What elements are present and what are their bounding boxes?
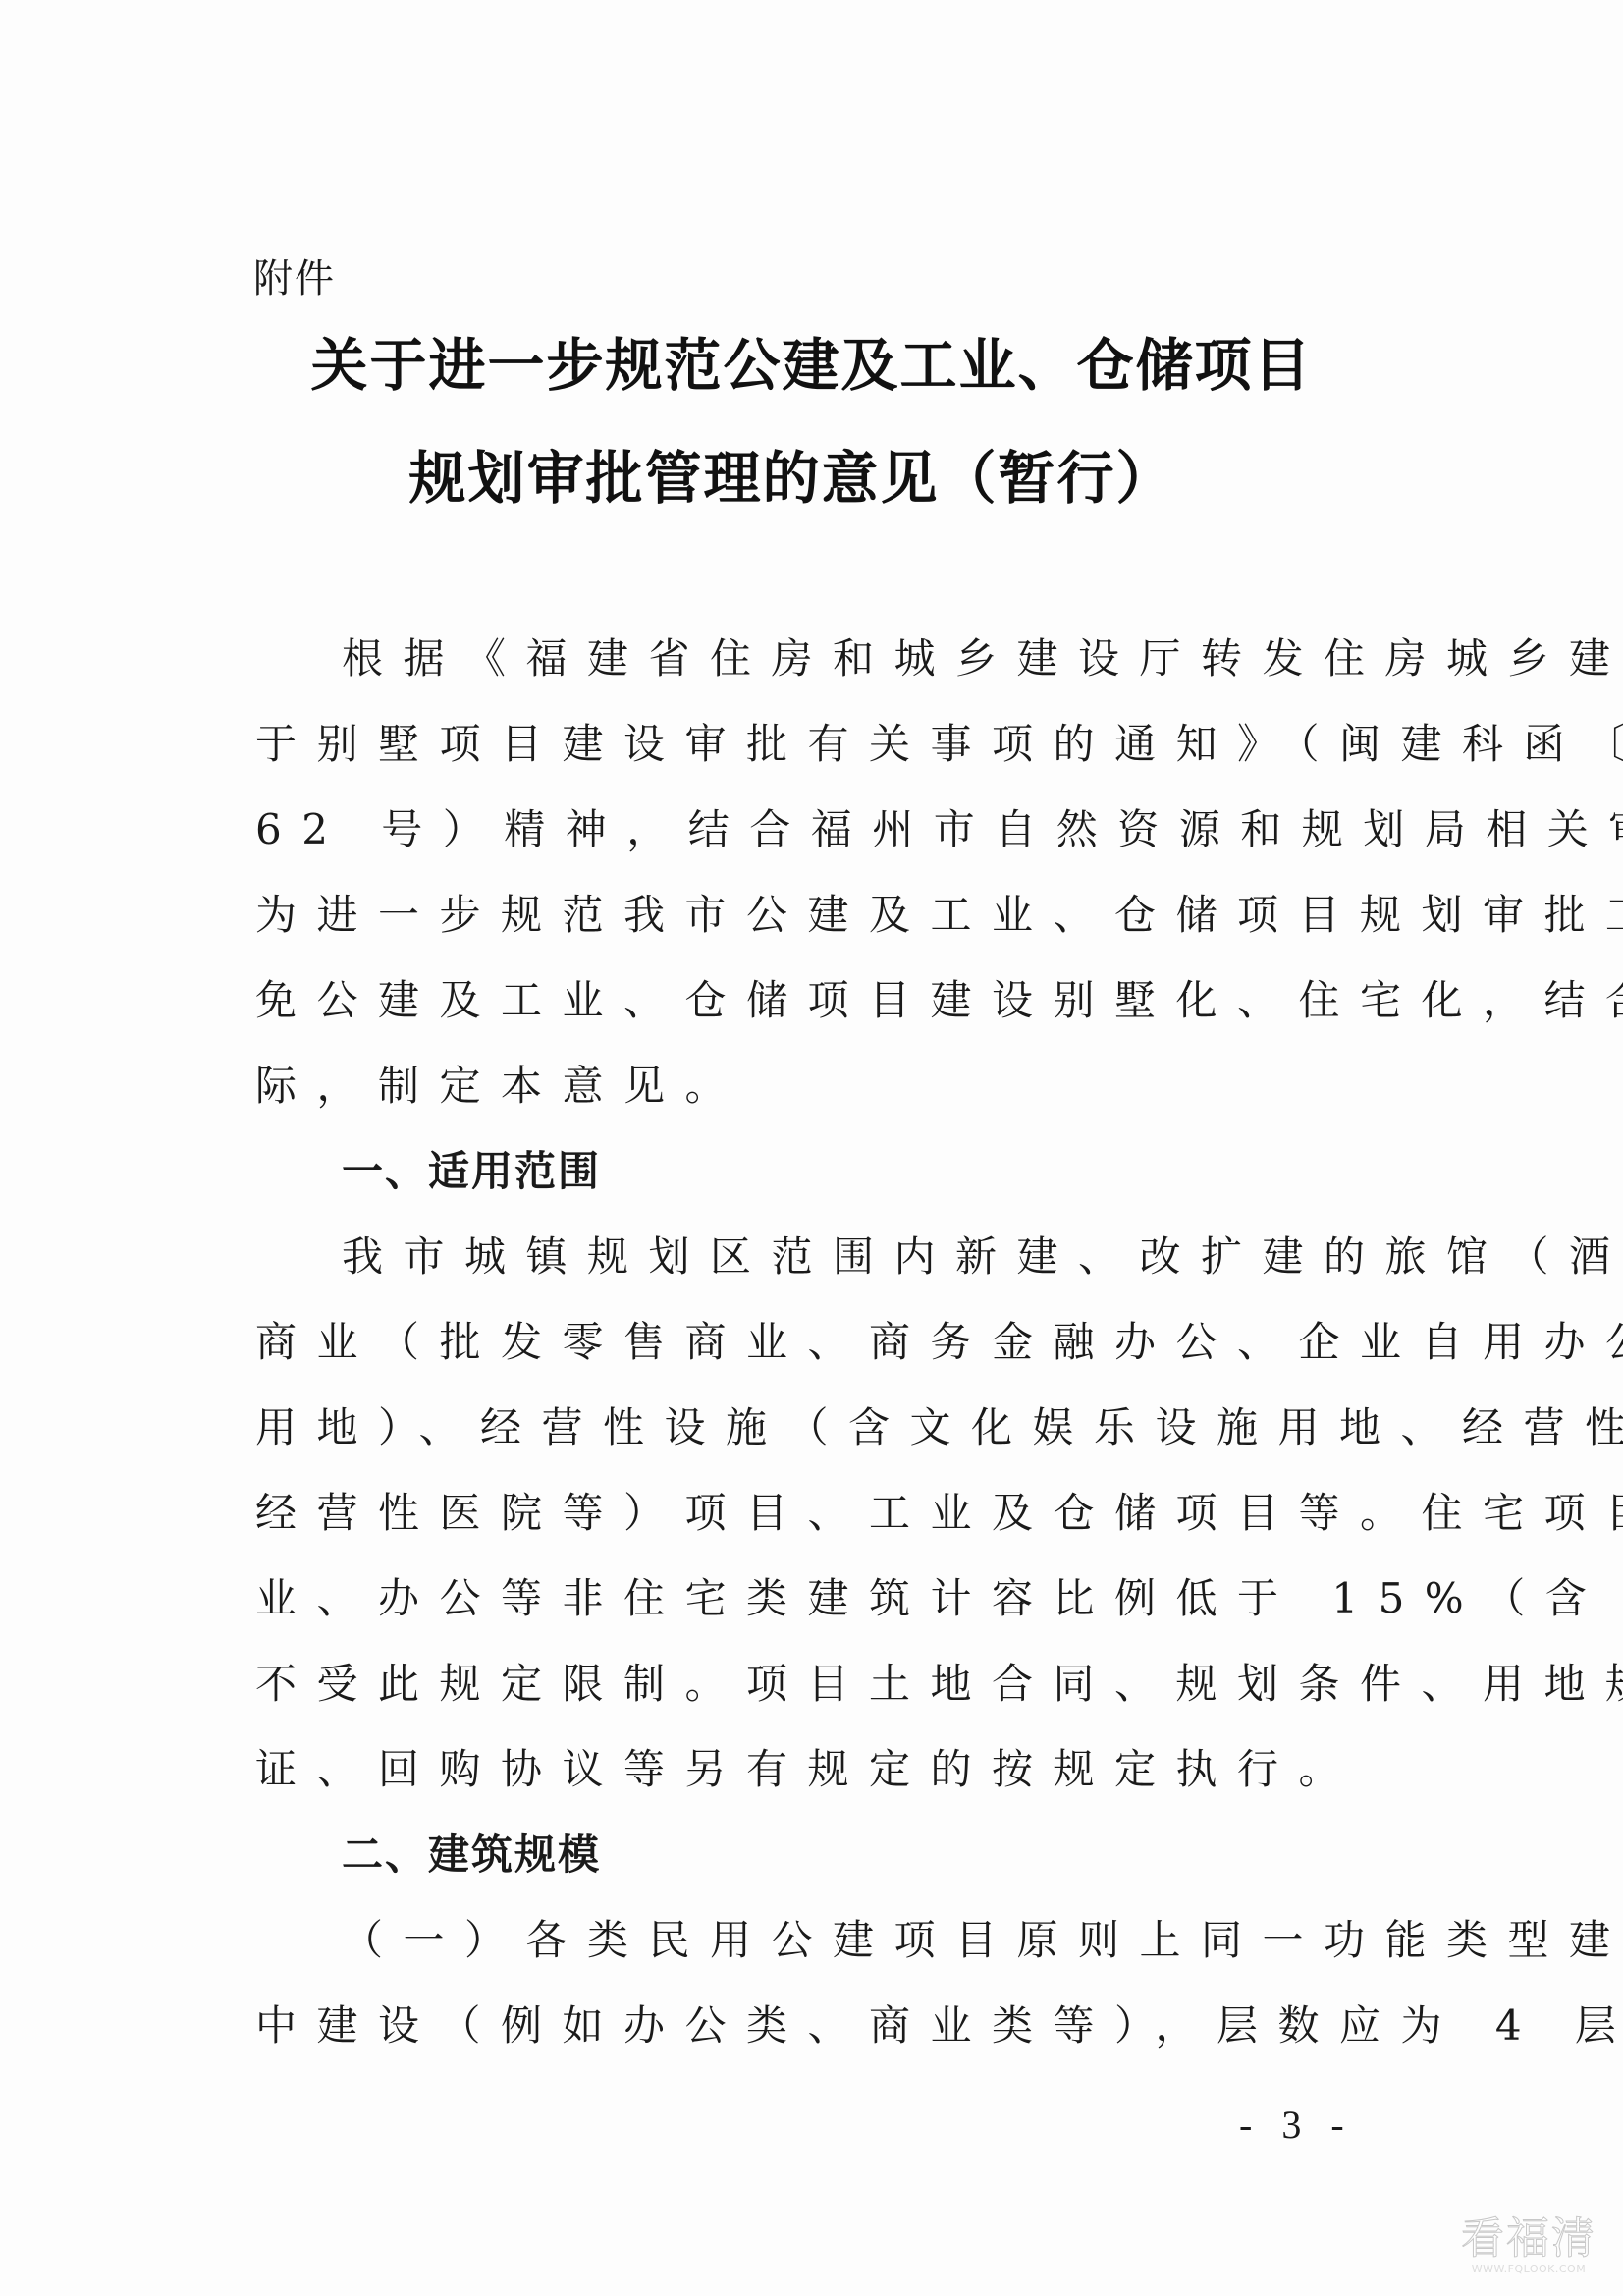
- body-line: 证、回购协议等另有规定的按规定执行。: [255, 1726, 1394, 1812]
- attachment-label: 附件: [253, 247, 336, 303]
- body-line: 际，制定本意见。: [255, 1043, 1394, 1128]
- watermark-url: WWW.FQLOOK.COM: [1461, 2263, 1596, 2275]
- body-line: 用地）、经营性设施（含文化娱乐设施用地、经营性学校、: [255, 1385, 1394, 1470]
- body-line: 业、办公等非住宅类建筑计容比例低于 15%（含 15%）时，: [255, 1556, 1394, 1641]
- watermark-text: 看福清: [1461, 2215, 1596, 2263]
- document-page: 附件 关于进一步规范公建及工业、仓储项目 规划审批管理的意见（暂行） 根据《福建…: [0, 0, 1623, 2296]
- section-heading-scale: 二、建筑规模: [255, 1812, 1394, 1897]
- body-line: 根据《福建省住房和城乡建设厅转发住房城乡建设部关: [255, 616, 1394, 701]
- document-body: 根据《福建省住房和城乡建设厅转发住房城乡建设部关 于别墅项目建设审批有关事项的通…: [255, 616, 1394, 2068]
- document-title-line-2: 规划审批管理的意见（暂行）: [0, 432, 1603, 515]
- body-line: 我市城镇规划区范围内新建、改扩建的旅馆（酒店）、: [255, 1214, 1394, 1299]
- body-line: 中建设（例如办公类、商业类等），层数应为 4 层以上（含 4: [255, 1983, 1394, 2068]
- body-line: 为进一步规范我市公建及工业、仓储项目规划审批工作，避: [255, 872, 1394, 957]
- body-line: 商业（批发零售商业、商务金融办公、企业自用办公等商服: [255, 1299, 1394, 1385]
- watermark-logo: 看福清 WWW.FQLOOK.COM: [1461, 2215, 1596, 2275]
- body-line: （一）各类民用公建项目原则上同一功能类型建筑应集: [255, 1897, 1394, 1983]
- body-line: 免公建及工业、仓储项目建设别墅化、住宅化，结合我市实: [255, 957, 1394, 1043]
- page-number: - 3 -: [1239, 2102, 1354, 2148]
- body-line: 不受此规定限制。项目土地合同、规划条件、用地规划许可: [255, 1641, 1394, 1726]
- body-line: 经营性医院等）项目、工业及仓储项目等。住宅项目中当商: [255, 1470, 1394, 1556]
- body-line: 62 号）精神，结合福州市自然资源和规划局相关审批规定，: [255, 787, 1394, 872]
- section-heading-scope: 一、适用范围: [255, 1128, 1394, 1214]
- document-title-line-1: 关于进一步规范公建及工业、仓储项目: [0, 319, 1623, 402]
- body-line: 于别墅项目建设审批有关事项的通知》（闽建科函〔2019〕: [255, 701, 1394, 787]
